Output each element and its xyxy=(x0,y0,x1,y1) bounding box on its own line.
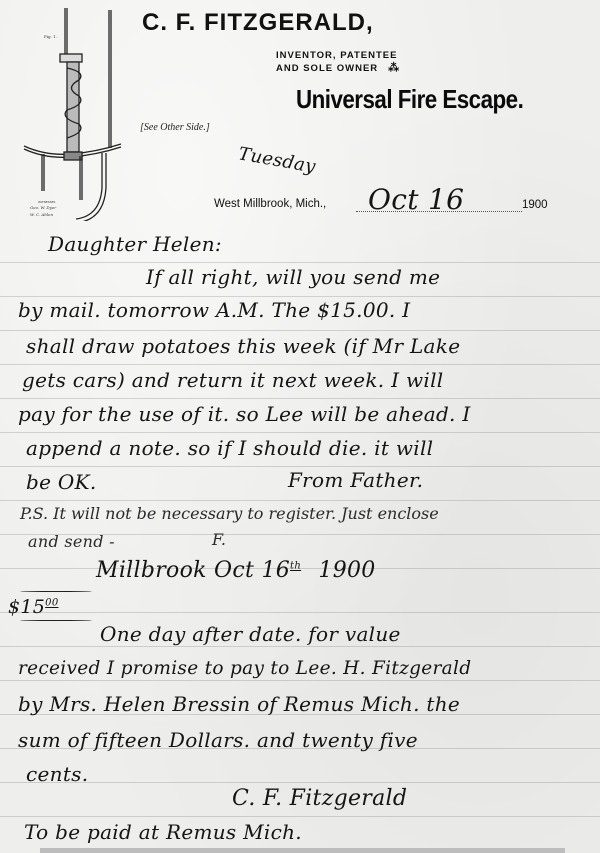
ruled-line xyxy=(0,816,600,817)
letter-line: shall draw potatoes this week (if Mr Lak… xyxy=(26,334,460,358)
letter-line: be OK. xyxy=(26,470,97,494)
subtitle-line-1: INVENTOR, PATENTEE xyxy=(276,50,400,62)
letter-line: gets cars) and return it next week. I wi… xyxy=(22,368,443,392)
amount-dollars: $15 xyxy=(8,596,45,618)
witnesses-label: WITNESSES xyxy=(38,200,56,204)
ruled-line xyxy=(0,782,600,783)
figure-label: Fig. 1. xyxy=(44,34,57,39)
note-line: by Mrs. Helen Bressin of Remus Mich. the xyxy=(18,692,460,716)
letter-line: by mail. tomorrow A.M. The $15.00. I xyxy=(18,298,410,322)
note-line: cents. xyxy=(26,762,88,786)
postscript-initial: F. xyxy=(212,530,226,549)
letterhead-product: Universal Fire Escape. xyxy=(296,84,523,115)
page-bottom-edge xyxy=(40,848,565,853)
letterhead-subtitle: INVENTOR, PATENTEE AND SOLE OWNER⁂ xyxy=(276,50,400,75)
letter-paper: Fig. 1. WITNESSES Geo. W. Dyer W. C. Ahl… xyxy=(0,0,600,853)
place-printed: West Millbrook, Mich., xyxy=(214,198,326,210)
ruled-line xyxy=(0,500,600,501)
note-line: received I promise to pay to Lee. H. Fit… xyxy=(18,658,471,679)
ruled-line xyxy=(0,432,600,433)
letter-line: If all right, will you send me xyxy=(146,265,440,289)
note-place-date: Millbrook Oct 16th 1900 xyxy=(96,558,376,583)
postscript-line: and send - xyxy=(28,532,115,551)
witness-1: Geo. W. Dyer xyxy=(30,205,57,210)
ruled-line xyxy=(0,646,600,647)
letterhead-name: C. F. FITZGERALD, xyxy=(142,9,374,37)
day-suffix: th xyxy=(290,561,301,572)
payable-at: To be paid at Remus Mich. xyxy=(24,820,302,844)
closing: From Father. xyxy=(288,468,423,492)
note-line: One day after date. for value xyxy=(100,622,401,646)
postscript-line: P.S. It will not be necessary to registe… xyxy=(20,504,439,523)
signature: C. F. Fitzgerald xyxy=(232,786,407,811)
note-line: sum of fifteen Dollars. and twenty five xyxy=(18,728,418,752)
ruled-line xyxy=(0,680,600,681)
ruled-line xyxy=(0,398,600,399)
ruled-line xyxy=(0,466,600,467)
date-handwritten: Oct 16 xyxy=(368,183,464,216)
ornament-icon: ⁂ xyxy=(388,62,400,74)
amount-flourish-top xyxy=(20,591,92,592)
salutation: Daughter Helen: xyxy=(48,232,222,256)
note-year: 1900 xyxy=(318,558,375,583)
amount-flourish-bottom xyxy=(20,620,92,621)
ruled-line xyxy=(0,330,600,331)
ruled-line xyxy=(0,612,600,613)
amount-cents: 00 xyxy=(45,598,58,609)
witness-2: W. C. Ahlen xyxy=(30,212,54,217)
ruled-line xyxy=(0,296,600,297)
note-amount: $1500 xyxy=(8,596,59,618)
letter-line: pay for the use of it. so Lee will be ah… xyxy=(18,402,471,426)
ruled-line xyxy=(0,364,600,365)
see-other-side-note: [See Other Side.] xyxy=(140,122,210,133)
note-place-date-text: Millbrook Oct 16 xyxy=(96,558,290,583)
year-printed: 1900 xyxy=(522,199,548,211)
letter-line: append a note. so if I should die. it wi… xyxy=(26,436,433,460)
ruled-line xyxy=(0,262,600,263)
fire-escape-patent-drawing-icon: Fig. 1. WITNESSES Geo. W. Dyer W. C. Ahl… xyxy=(16,6,126,221)
weekday: Tuesday xyxy=(237,143,317,177)
subtitle-line-2: AND SOLE OWNER xyxy=(276,63,378,74)
